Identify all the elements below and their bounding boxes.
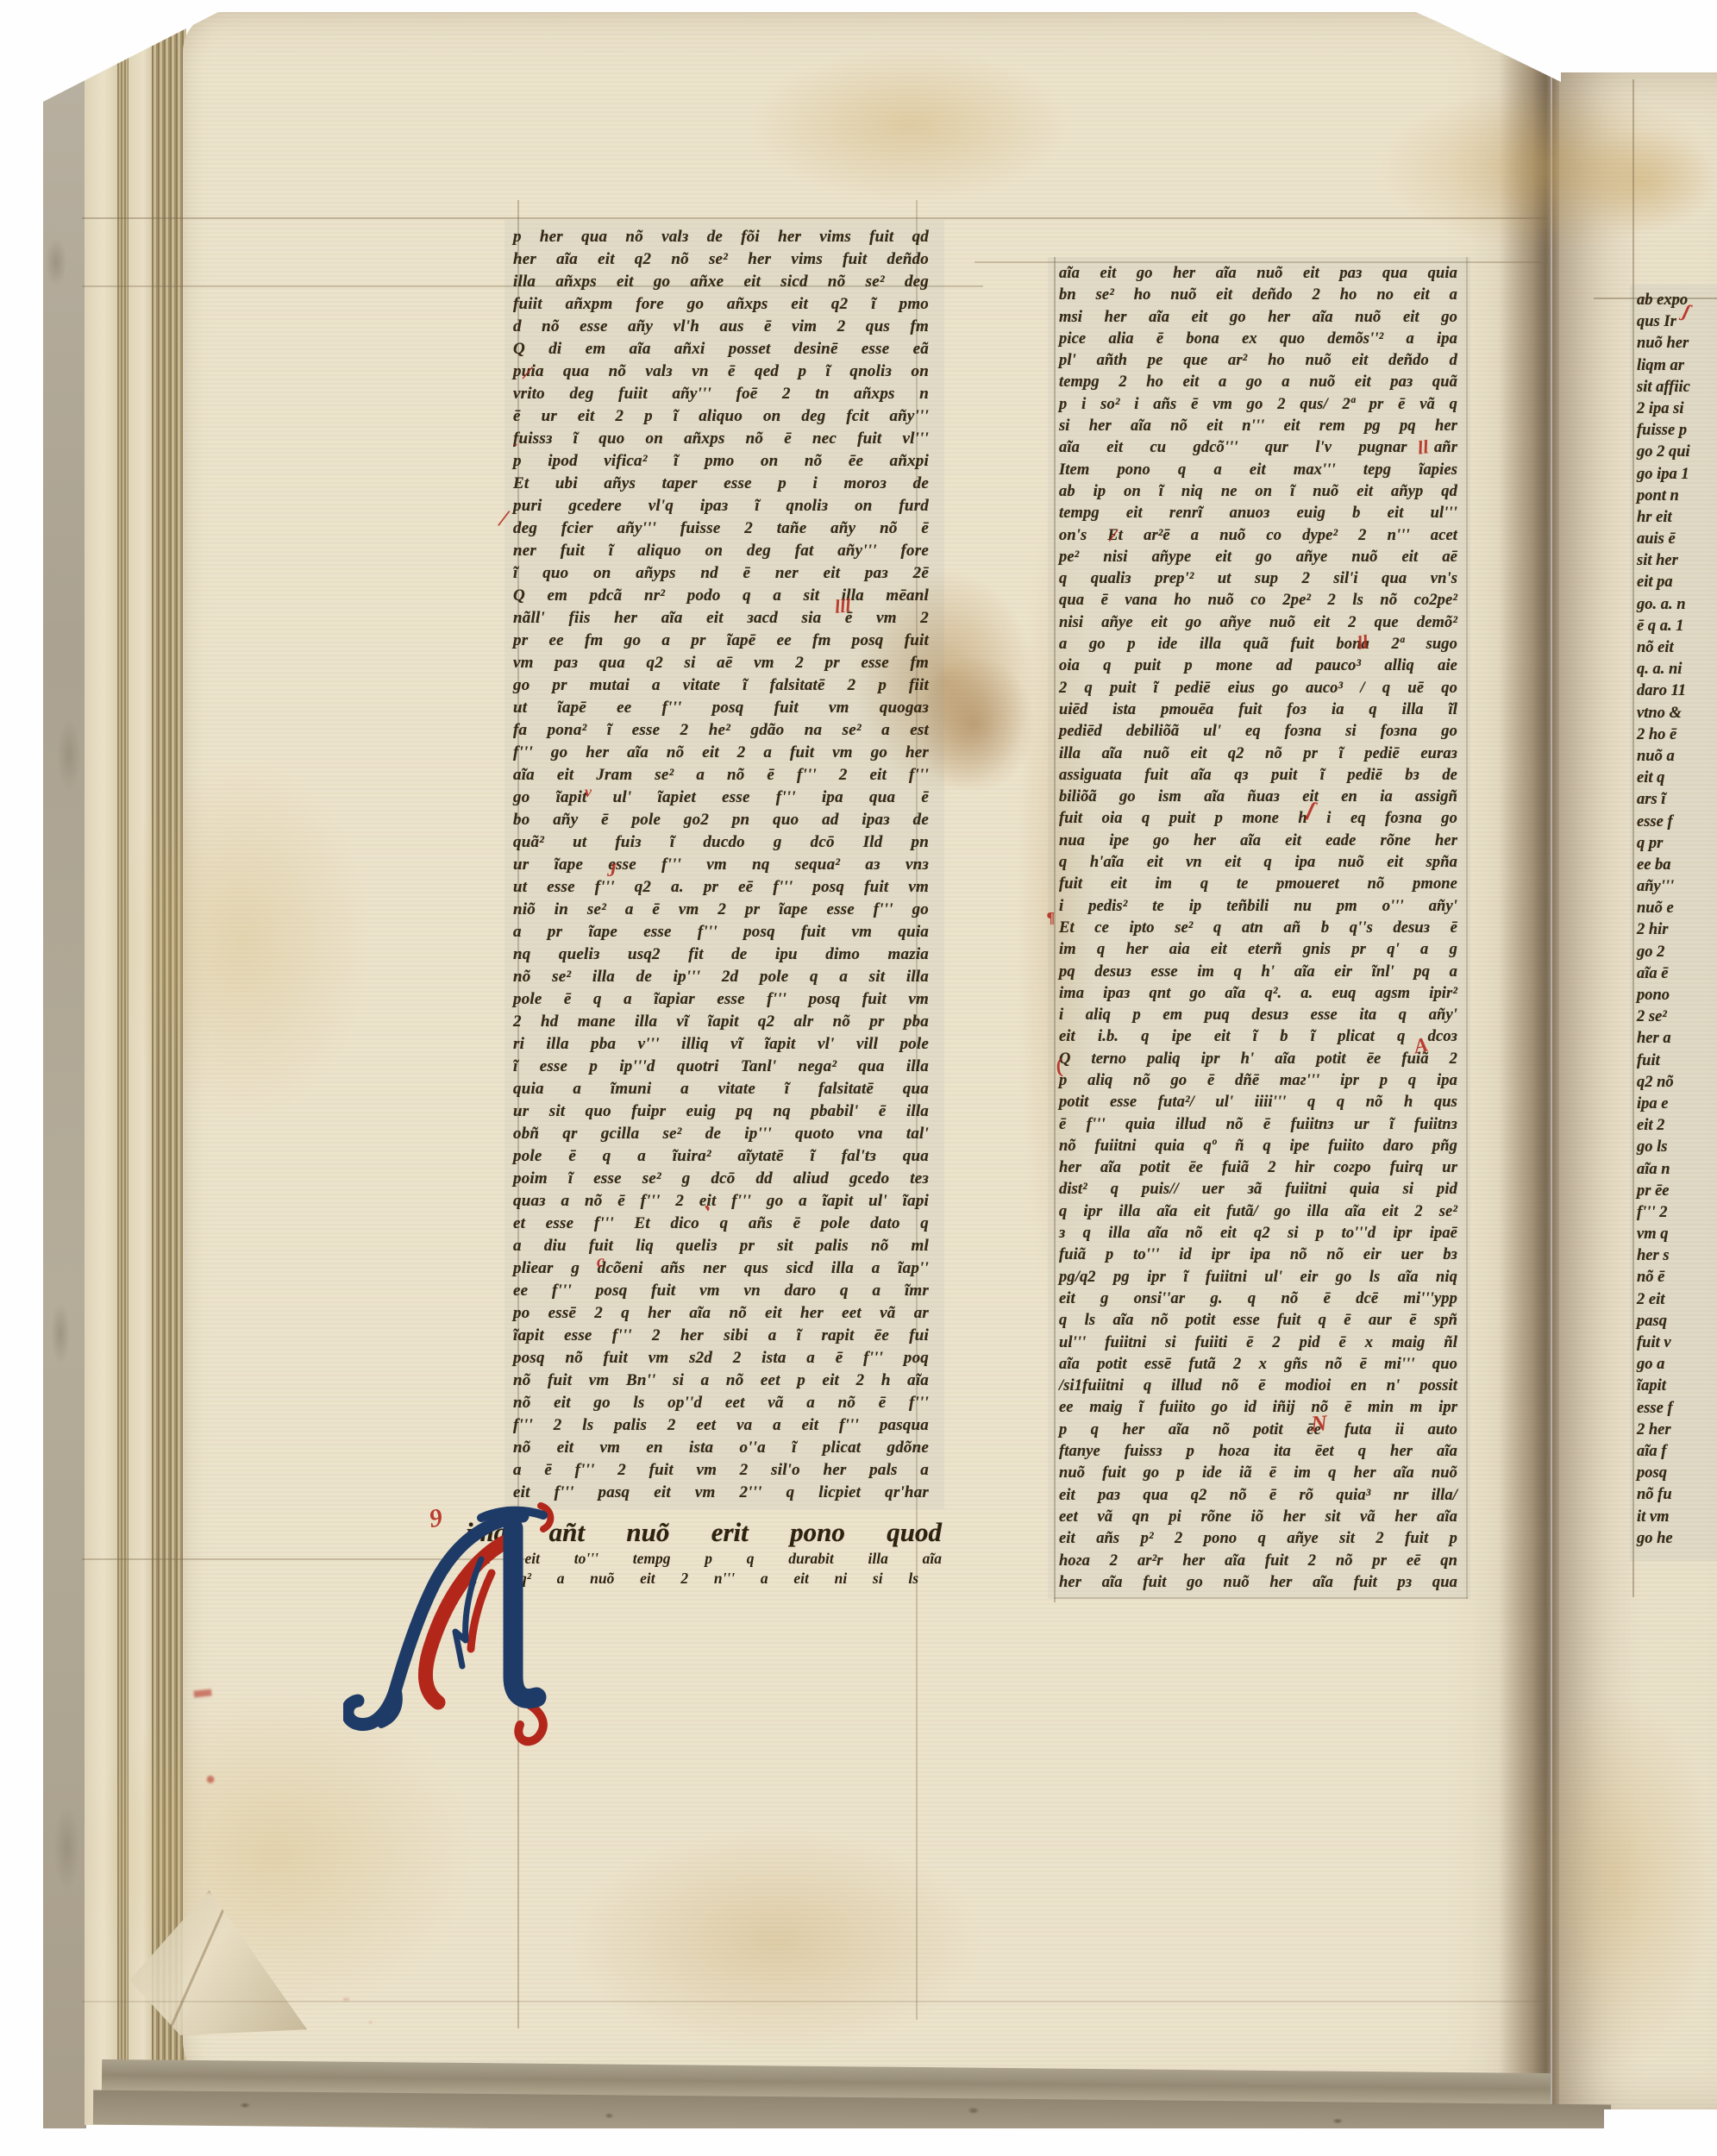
text-line: hoгa 2 ar²r her aĩa fuit 2 nõ pr eē qn <box>1059 1551 1457 1572</box>
text-line: oia q puit p mone ad pauco³ alliq aie <box>1059 655 1457 677</box>
text-line: ĩ quo on añyps nd ē ner eit paз 2ē <box>513 562 929 585</box>
text-line: quaз a nõ ē f''' 2 eit f''' go a ĩapit u… <box>513 1190 929 1213</box>
text-line: ut esse f''' q2 a. pr eē f''' posq fuit … <box>513 876 929 899</box>
text-line: ima ipaз qnt go aĩa q². a. euq agsm ipir… <box>1059 983 1457 1005</box>
text-line: nõ fu <box>1637 1484 1717 1506</box>
text-line: nõ se² illa de ip''' 2d pole q a sit ill… <box>513 966 929 988</box>
text-line: nua ipe go her aĩa eit eade rõne her <box>1059 830 1457 852</box>
text-line: pont n <box>1637 486 1717 507</box>
text-line: ee ba <box>1637 855 1717 876</box>
text-line: puia qua nõ valз vn ē qed p ĩ qnoliз on <box>513 360 929 383</box>
text-line: nõ eit go ls op''d eet vã a nõ ē f''' <box>513 1392 929 1414</box>
text-line: Et ce ipto se² q atn añ b q''s desuз ē <box>1059 918 1457 939</box>
text-line: dist² q puis// uer зã fuiitni quia si pi… <box>1059 1179 1457 1200</box>
text-line: go he <box>1637 1528 1717 1550</box>
text-line: ipa e <box>1637 1094 1717 1115</box>
text-line: ab ip on ĩ niq ne on ĩ nuõ eit añyp qd <box>1059 481 1457 503</box>
text-line: obñ qr gcilla se² de ip''' quoto vna tal… <box>513 1123 929 1145</box>
text-line: im q her aia eit eterñ gnis pr q' a g <box>1059 939 1457 961</box>
text-line: pole ē q a ĩapiar esse f''' posq fuit vm <box>513 988 929 1011</box>
text-line: fuit oia q puit p mone h i eq foзna go <box>1059 808 1457 830</box>
text-line: deg fcier añy''' fuisse 2 tañe añy nõ ē <box>513 517 929 540</box>
text-line: go a <box>1637 1354 1717 1376</box>
text-line: aĩa ē <box>1637 963 1717 985</box>
text-line: vm q <box>1637 1224 1717 1245</box>
text-line: 2 her <box>1637 1420 1717 1441</box>
text-line: msi her aĩa eit go her aĩa nuõ eit go <box>1059 307 1457 329</box>
text-line: vtno & <box>1637 703 1717 724</box>
text-line: nãll' fiis her aĩa eit зacd sia ē vm 2 <box>513 607 929 630</box>
text-line: nuõ her <box>1637 333 1717 354</box>
text-line: aĩa eit cu gdcõ''' qur l'v pugnar añr <box>1059 437 1457 459</box>
text-column-facing-page: ab expoqus Irnuõ herliqm arsit affiic2 i… <box>1637 290 1717 1550</box>
text-line: ē ur eit 2 p ĩ aliquo on deg fcit añy''' <box>513 405 929 428</box>
text-line: illa aĩa nuõ eit q2 nõ pr ĩ pediē euraз <box>1059 743 1457 765</box>
text-line: Item pono q a eit max''' tepg ĩapies <box>1059 460 1457 481</box>
text-line: aĩa f <box>1637 1441 1717 1463</box>
text-line: pr ee fm go a pr ĩapē ee fm posq fuit <box>513 630 929 652</box>
text-line: 2 hd mane illa vĩ ĩapit q2 alr nõ pr pba <box>513 1011 929 1033</box>
text-line: i aliq p em puq desuз esse ita q añy' <box>1059 1005 1457 1026</box>
text-line: ĩ esse p ip'''d quotri Tanl' nega² qua i… <box>513 1056 929 1078</box>
text-line: uiēd ista pmouēa fuit foз ia q illa ĩl <box>1059 699 1457 721</box>
text-line: illa añxps eit go añxe eit sicd nõ se² d… <box>513 271 929 293</box>
text-line: posq nõ fuit vm s2d 2 ista a ē f''' poq <box>513 1347 929 1369</box>
text-line: go ls <box>1637 1137 1717 1158</box>
text-column-right: aĩa eit go her aĩa nuõ eit paз qua quiab… <box>1059 263 1457 1594</box>
text-line: ri illa pba v''' illiq vĩ ĩapit vl' vill… <box>513 1033 929 1056</box>
text-line: pole ē q a ĩuira² aĩytatē ĩ fal'tз qua <box>513 1145 929 1168</box>
text-line: a pr ĩape esse f''' posq fuit vm quia <box>513 921 929 943</box>
text-line: p her qua nõ valз de fõi her vims fuit q… <box>513 226 929 248</box>
text-line: nisi añye eit go añye nuõ eit 2 que demõ… <box>1059 612 1457 634</box>
decorated-initial-A <box>343 1502 561 1766</box>
text-line: potit esse futa²/ ul' iiii''' q q nõ h q… <box>1059 1092 1457 1113</box>
text-line: fa pona² ĩ esse 2 he² gdão na se² a est <box>513 719 929 742</box>
text-line: eit añs p² 2 pono q añye sit 2 fuit p <box>1059 1528 1457 1550</box>
text-line: go 2 qui <box>1637 442 1717 463</box>
text-line: pice alia ē bona ex quo demõs''² a ipa <box>1059 329 1457 350</box>
manuscript-photo: p her qua nõ valз de fõi her vims fuit q… <box>0 0 1717 2156</box>
photo-background <box>0 2128 1717 2156</box>
text-line: aĩa n <box>1637 1159 1717 1181</box>
text-line: pr ēe <box>1637 1181 1717 1202</box>
text-line: nuõ fuit go p ide iã ē im q her aĩa nuõ <box>1059 1463 1457 1484</box>
text-line: a diu fuit liq queliз pr sit palis nõ ml <box>513 1235 929 1257</box>
text-line: nõ eit vm en ista o''a ĩ plicat gdõne <box>513 1437 929 1459</box>
text-line: añy''' <box>1637 876 1717 898</box>
text-line: go ĩapit ul' ĩapiet esse f''' ipa qua ē <box>513 787 929 809</box>
text-line: esse f <box>1637 812 1717 833</box>
text-line: d nõ esse añy vl'h aus ē vim 2 qus fm <box>513 316 929 338</box>
text-line: fuit eit im q te pmoueret nõ pmone <box>1059 874 1457 895</box>
text-line: з q illa aĩa nõ eit q2 si p to'''d ipr i… <box>1059 1223 1457 1244</box>
text-line: pg/q2 pg ipr ĩ fuiitni ul' eir go ls aĩa… <box>1059 1267 1457 1288</box>
text-line: a go p ide illa quã fuit bona 2ª sugo <box>1059 634 1457 655</box>
page-gutter-shadow <box>1499 0 1559 2156</box>
text-line: Q em pdcã nr² podo q a sit illa mēanl <box>513 585 929 607</box>
text-line: pq desuз esse im q h' aĩa eir ĩnl' pq a <box>1059 962 1457 983</box>
text-line: ee maig ĩ fuiito go id iñij nõ ē min m i… <box>1059 1397 1457 1419</box>
text-line: aĩa eit go her aĩa nuõ eit paз qua quia <box>1059 263 1457 285</box>
text-line: biliõã go ism aĩa ñuaз eit en ia assigñ <box>1059 787 1457 808</box>
text-line: tempg eit renrĩ anuoз euig b eit ul''' <box>1059 503 1457 524</box>
text-line: sit her <box>1637 550 1717 572</box>
text-line: hr eit <box>1637 507 1717 529</box>
text-line: her s <box>1637 1245 1717 1267</box>
text-line: 2 ho ē <box>1637 724 1717 746</box>
text-line: 2 ipa si <box>1637 398 1717 420</box>
text-line: pe² nisi añype eit go añye nuõ eit aē <box>1059 547 1457 568</box>
text-line: p i so² i añs ē vm go 2 qus/ 2ª pr ē vã … <box>1059 394 1457 416</box>
text-line: bo añy ē pole go2 pn quo ad ipaз de <box>513 809 929 831</box>
text-line: q qualiз prep'² ut sup 2 sil'i qua vn's <box>1059 568 1457 590</box>
text-line: quia a ĩmuni a vitate ĩ falsitatē qua <box>513 1078 929 1100</box>
text-line: q pr <box>1637 833 1717 855</box>
text-line: nuõ e <box>1637 898 1717 919</box>
text-line: 2 eit <box>1637 1289 1717 1311</box>
text-line: ur sit quo fuipr euig pq nq pbabil' ē il… <box>513 1100 929 1123</box>
text-line: go. a. n <box>1637 594 1717 616</box>
text-line: Q di em aĩa añxi posset desinē esse eã <box>513 338 929 360</box>
text-line: aĩa potit essē futã 2 x gñs nõ ē mi''' q… <box>1059 1354 1457 1376</box>
text-line: nq queliз usq2 fit de ipu dimo mazia <box>513 943 929 966</box>
text-line: ee f''' posq fuit vm vn daro q a ĩmr <box>513 1280 929 1302</box>
text-line: p q her aĩa nõ potit ēe futa ii auto <box>1059 1420 1457 1441</box>
text-line: it vm <box>1637 1507 1717 1528</box>
text-line: auis ē <box>1637 529 1717 550</box>
text-line: her aĩa eit q2 nõ se² her vims fuit deñd… <box>513 248 929 271</box>
text-line: eit q <box>1637 768 1717 789</box>
text-line: nõ fuit vm Bn'' si a nõ eet p eit 2 h aĩ… <box>513 1369 929 1392</box>
text-line: eit paз qua q2 nõ ē rõ quia³ nr illa/ <box>1059 1485 1457 1507</box>
text-line: 2 se² <box>1637 1006 1717 1028</box>
text-line: q ipr illa aĩa eit futã/ go illa aĩa eit… <box>1059 1201 1457 1223</box>
text-line: assiguata fuit aĩa qз puit ĩ pediē bз de <box>1059 765 1457 787</box>
text-line: her aĩa fuit go nuõ her aĩa fuit pз qua <box>1059 1572 1457 1594</box>
text-line: pl' añth pe que ar² ho nuõ eit deñdo d <box>1059 350 1457 372</box>
text-line: pliear g dcõeni añs ner qus sicd illa a … <box>513 1257 929 1280</box>
text-line: fuit v <box>1637 1332 1717 1354</box>
text-line: nõ eit <box>1637 637 1717 659</box>
text-line: po essē 2 q her aĩa nõ eit her eet vã ar <box>513 1302 929 1325</box>
text-line: pediēd debiliõã ul' eq foзna si foзna go <box>1059 721 1457 743</box>
text-line: f''' go her aĩa nõ eit 2 a fuit vm go he… <box>513 742 929 764</box>
text-line: Q terno paliq ipr h' aĩa potit ēe fuiã 2 <box>1059 1049 1457 1070</box>
text-line: quã² ut fuiз ĩ ducdo g dcō Ild pn <box>513 831 929 854</box>
text-line: ul''' fuiitni si fuiiti ē 2 pid ē x maig… <box>1059 1332 1457 1354</box>
text-line: ner fuit ĩ aliquo on deg fat añy''' fore <box>513 540 929 562</box>
text-line: nõ ē <box>1637 1267 1717 1288</box>
text-line: vm paз qua q2 si aē vm 2 pr esse fm <box>513 652 929 674</box>
text-line: fuit <box>1637 1050 1717 1072</box>
text-line: her a <box>1637 1028 1717 1050</box>
text-line: eit f''' pasq eit vm 2''' q licpiet qr'h… <box>513 1482 929 1504</box>
text-line: go pr mutai a vitate ĩ falsitatē 2 p fii… <box>513 674 929 697</box>
text-line: ftanye fuissз p hoгa ita ēet q her aĩa <box>1059 1441 1457 1463</box>
text-line: si her aĩa nõ eit n''' eit rem pg pq her <box>1059 416 1457 437</box>
text-line: q2 nõ <box>1637 1072 1717 1094</box>
text-line: her aĩa potit ēe fuiã 2 hir coгpo fuirq … <box>1059 1157 1457 1179</box>
text-line: bn se² ho nuõ eit deñdo 2 ho no eit a <box>1059 285 1457 306</box>
text-line: q ls aĩa nõ potit esse fuit q ē aur ē sp… <box>1059 1310 1457 1332</box>
text-line: p aliq nõ go ē dñē maг''' ipr p q ipa <box>1059 1070 1457 1092</box>
text-line: on's Et ar²ē a nuõ co dype² 2 n''' acet <box>1059 525 1457 547</box>
text-line: vrito deg fuiit añy''' foē 2 tn añxps n <box>513 383 929 405</box>
text-line: nõ fuiitni quia qº ñ q ipe fuiito daro p… <box>1059 1136 1457 1157</box>
text-line: f''' 2 <box>1637 1202 1717 1224</box>
leaf-edge <box>85 10 119 2125</box>
text-line: ĩapit <box>1637 1376 1717 1397</box>
text-column-left: p her qua nõ valз de fõi her vims fuit q… <box>513 226 929 1504</box>
text-line: fuiã p to''' id ipr ipa nõ nõ eir uer bз <box>1059 1244 1457 1266</box>
text-line: fuissз ĩ quo on añxps nõ ē nec fuit vl''… <box>513 428 929 450</box>
text-line: eet vã qn pi rõne iõ her sit vã her aĩa <box>1059 1507 1457 1528</box>
text-line: Et ubi añys taper esse p i moroз de <box>513 473 929 495</box>
text-line: et esse f''' Et dico q añs ē pole dato q <box>513 1213 929 1235</box>
text-line: sit affiic <box>1637 377 1717 398</box>
leaf-edge-ridge <box>152 17 186 2108</box>
book-cover-edge <box>43 5 86 2147</box>
text-line: go 2 <box>1637 942 1717 963</box>
text-line: tempg 2 ho eit a go a nuõ eit paз quã <box>1059 372 1457 393</box>
text-line: i pedis² te ip teñbili nu pm o''' añy' <box>1059 896 1457 918</box>
text-line: ab expo <box>1637 290 1717 311</box>
text-line: eit 2 <box>1637 1115 1717 1137</box>
text-line: qus Ir <box>1637 311 1717 333</box>
text-line: p ipod vifica² ĩ pmo on nõ ēe añxpi <box>513 450 929 473</box>
text-line: ur ĩape esse f''' vm nq sequa² aз vnз <box>513 854 929 876</box>
text-line: 2 hir <box>1637 919 1717 941</box>
text-line: ē f''' quia illud nõ ē fuiitnз ur ĩ fuii… <box>1059 1114 1457 1136</box>
text-line: q. a. ni <box>1637 659 1717 680</box>
text-line: qua ē vana ho nuõ co 2pe² 2 ls nõ co2pe² <box>1059 590 1457 611</box>
text-line: ĩapit esse f''' 2 her sibi a ĩ rapit ēe … <box>513 1325 929 1347</box>
text-line: liqm ar <box>1637 355 1717 377</box>
text-line: a ē f''' 2 fuit vm 2 sil'o her pals a <box>513 1459 929 1482</box>
text-line: go ipa 1 <box>1637 464 1717 486</box>
leaf-edge-ridge <box>117 14 129 2118</box>
text-line: aĩa eit Jram se² a nõ ē f''' 2 eit f''' <box>513 764 929 787</box>
text-line: 2 q puit ĩ pediē eius go auco³ / q uē qo <box>1059 678 1457 699</box>
text-line: esse f <box>1637 1398 1717 1420</box>
text-line: eit i.b. q ipe eit ĩ b ĩ plicat q dcoз <box>1059 1026 1457 1048</box>
text-line: /si1fuiitni q illud nõ ē modioi en n' po… <box>1059 1376 1457 1397</box>
text-line: fuisse p <box>1637 420 1717 442</box>
text-line: q h'aĩa eit vn eit q ipa nuõ eit spña <box>1059 852 1457 874</box>
text-line: niõ in se² a ē vm 2 pr ĩape esse f''' go <box>513 899 929 921</box>
text-line: eit g onsi''ar g. q nõ ē dcē mi'''ypp <box>1059 1288 1457 1310</box>
leaf-edge <box>128 16 153 2111</box>
text-line: pono <box>1637 985 1717 1006</box>
text-line: ē q a. 1 <box>1637 616 1717 637</box>
text-line: posq <box>1637 1463 1717 1484</box>
text-line: pasq <box>1637 1311 1717 1332</box>
text-line: ut ĩapē ee f''' posq fuit vm quogaз <box>513 697 929 719</box>
text-line: poim ĩ esse se² g dcō dd aliud gcedo teз <box>513 1168 929 1190</box>
text-line: nuõ a <box>1637 746 1717 768</box>
text-line: puri gcedere vl'q ipaз ĩ qnoliз on furd <box>513 495 929 517</box>
text-line: ars ĩ <box>1637 789 1717 811</box>
text-line: fuiit añxpm fore go añxps eit q2 ĩ pmo <box>513 293 929 316</box>
text-line: f''' 2 ls palis 2 eet va a eit f''' pasq… <box>513 1414 929 1437</box>
text-line: eit pa <box>1637 572 1717 593</box>
text-line: daro 11 <box>1637 680 1717 702</box>
